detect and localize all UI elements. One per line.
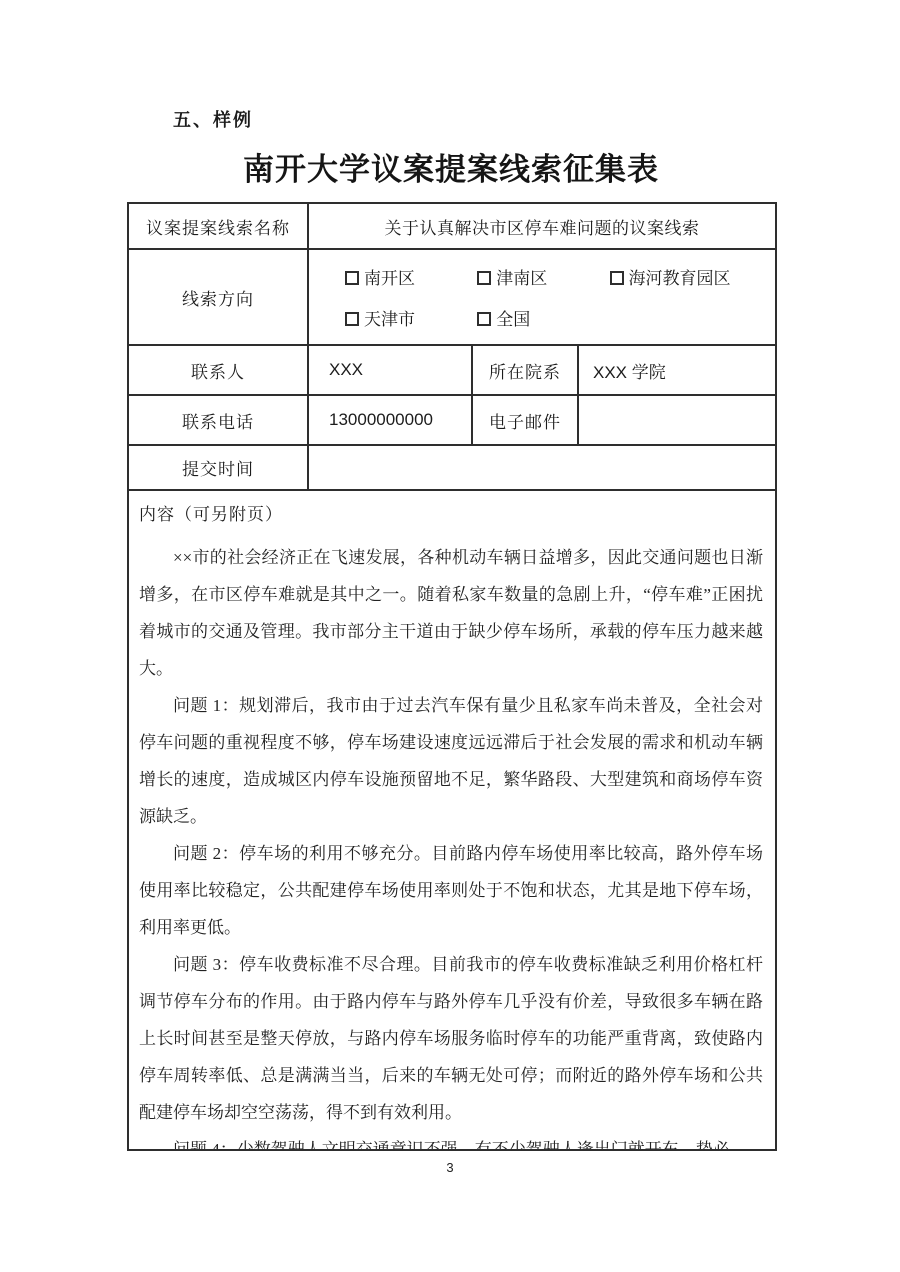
department-value: XXX 学院: [578, 345, 776, 395]
checkbox-national[interactable]: 全国: [477, 305, 530, 330]
row-direction: 线索方向 南开区 津南区 海河教育园区 天津市 全国: [128, 249, 776, 345]
content-paragraph-problem2: 问题 2：停车场的利用不够充分。目前路内停车场使用率比较高，路外停车场使用率比较…: [139, 835, 763, 946]
form-title: 南开大学议案提案线索征集表: [127, 144, 775, 189]
contact-label: 联系人: [128, 345, 308, 395]
email-value: [578, 395, 776, 445]
content-paragraph-intro: ××市的社会经济正在飞速发展，各种机动车辆日益增多，因此交通问题也日渐增多，在市…: [139, 539, 763, 687]
row-proposal-name: 议案提案线索名称 关于认真解决市区停车难问题的议案线索: [128, 203, 776, 249]
checkbox-label: 津南区: [496, 269, 547, 288]
department-label: 所在院系: [472, 345, 578, 395]
checkbox-jinnan-district[interactable]: 津南区: [477, 264, 605, 289]
checkbox-label: 海河教育园区: [629, 269, 731, 288]
checkbox-label: 全国: [496, 310, 530, 329]
content-header: 内容（可另附页）: [139, 500, 763, 530]
checkbox-label: 天津市: [364, 310, 415, 329]
row-contact: 联系人 XXX 所在院系 XXX 学院: [128, 345, 776, 395]
submit-time-value: [308, 445, 776, 490]
content-paragraph-problem3: 问题 3：停车收费标准不尽合理。目前我市的停车收费标准缺乏利用价格杠杆调节停车分…: [139, 946, 763, 1131]
checkbox-icon[interactable]: [477, 312, 491, 326]
checkbox-icon[interactable]: [345, 271, 359, 285]
checkbox-label: 南开区: [364, 269, 415, 288]
phone-value: 13000000000: [308, 395, 472, 445]
email-label: 电子邮件: [472, 395, 578, 445]
checkbox-nankai-district[interactable]: 南开区: [345, 264, 473, 289]
checkbox-icon[interactable]: [477, 271, 491, 285]
submit-time-label: 提交时间: [128, 445, 308, 490]
content-paragraph-problem1: 问题 1：规划滞后，我市由于过去汽车保有量少且私家车尚未普及，全社会对停车问题的…: [139, 687, 763, 835]
content-body: ××市的社会经济正在飞速发展，各种机动车辆日益增多，因此交通问题也日渐增多，在市…: [139, 539, 763, 1149]
proposal-form-table: 议案提案线索名称 关于认真解决市区停车难问题的议案线索 线索方向 南开区 津南区…: [127, 202, 777, 1151]
phone-label: 联系电话: [128, 395, 308, 445]
content-cell: 内容（可另附页） ××市的社会经济正在飞速发展，各种机动车辆日益增多，因此交通问…: [128, 490, 776, 1150]
contact-value: XXX: [308, 345, 472, 395]
direction-options: 南开区 津南区 海河教育园区 天津市 全国: [308, 249, 776, 345]
checkbox-icon[interactable]: [345, 312, 359, 326]
content-paragraph-problem4: 问题 4：少数驾驶人文明交通意识不强。有不少驾驶人逢出门就开车，势必: [139, 1131, 763, 1149]
row-content: 内容（可另附页） ××市的社会经济正在飞速发展，各种机动车辆日益增多，因此交通问…: [128, 490, 776, 1150]
checkbox-icon[interactable]: [610, 271, 624, 285]
document-body: 五、样例 南开大学议案提案线索征集表 议案提案线索名称 关于认真解决市区停车难问…: [127, 106, 775, 1151]
checkbox-haihe-education-park[interactable]: 海河教育园区: [610, 264, 731, 289]
section-heading: 五、样例: [173, 106, 775, 132]
proposal-name-value: 关于认真解决市区停车难问题的议案线索: [308, 203, 776, 249]
proposal-name-label: 议案提案线索名称: [128, 203, 308, 249]
checkbox-tianjin-city[interactable]: 天津市: [345, 305, 473, 330]
direction-options-line2: 天津市 全国: [345, 305, 767, 330]
direction-label: 线索方向: [128, 249, 308, 345]
document-page: 五、样例 南开大学议案提案线索征集表 议案提案线索名称 关于认真解决市区停车难问…: [0, 0, 900, 1272]
row-submit-time: 提交时间: [128, 445, 776, 490]
row-phone: 联系电话 13000000000 电子邮件: [128, 395, 776, 445]
page-number: 3: [0, 1160, 900, 1175]
direction-options-line1: 南开区 津南区 海河教育园区: [345, 264, 767, 289]
